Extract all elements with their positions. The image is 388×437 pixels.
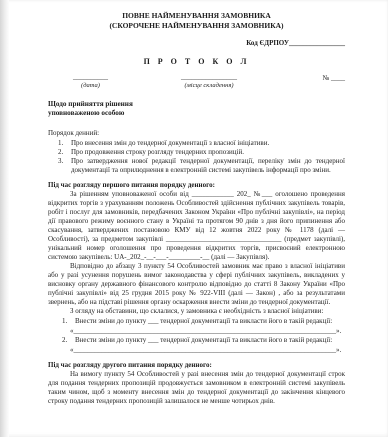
agenda-title: Порядок денний: (48, 129, 345, 138)
document-page: ПОВНЕ НАЙМЕНУВАННЯ ЗАМОВНИКА (СКОРОЧЕНЕ … (0, 0, 388, 437)
agenda-item-number: 3. (58, 157, 71, 175)
date-caption: (дата) (48, 82, 133, 90)
decision-quote-blank: «_______________________________________… (62, 345, 345, 355)
place-blank-line: ________________ (149, 73, 269, 82)
agenda-item-number: 2. (58, 148, 71, 157)
decision-item: 1. Внести зміни до пункту ___ тендерної … (62, 317, 345, 326)
question-2-paragraph-1: На вимогу пункту 54 Особливостей у разі … (48, 370, 345, 406)
date-field: __________ (дата) (48, 73, 133, 90)
agenda-item: 3. Про затвердження нової редакції тенде… (58, 157, 345, 175)
customer-full-name-heading: ПОВНЕ НАЙМЕНУВАННЯ ЗАМОВНИКА (48, 11, 345, 21)
decision-quote-blank: «_______________________________________… (62, 326, 345, 336)
subject-line-2: уповноваженою особою (48, 109, 345, 118)
question-1-paragraph-2: Відповідно до абзацу 3 пункту 54 Особлив… (48, 262, 345, 307)
agenda-item-text: Про внесення змін до тендерної документа… (71, 139, 345, 148)
page-edge-shadow (0, 0, 9, 437)
edrpou-code-field: Код ЄДРПОУ________________ (48, 39, 345, 48)
date-blank-line: __________ (48, 73, 133, 82)
subject-line-1: Щодо прийняття рішення (48, 100, 345, 109)
agenda-item: 2. Про продовження строку розгляду тенде… (58, 148, 345, 157)
decision-item-text: Внести зміни до пункту ___ тендерної док… (75, 336, 345, 345)
decision-item-number: 1. (62, 317, 75, 326)
protocol-meta-row: __________ (дата) ________________ (місц… (48, 73, 345, 90)
decision-list: 1. Внести зміни до пункту ___ тендерної … (48, 317, 345, 355)
agenda-item-number: 1. (58, 139, 71, 148)
customer-short-name-heading: (СКОРОЧЕНЕ НАЙМЕНУВАННЯ ЗАМОВНИКА) (48, 21, 345, 31)
agenda-item: 1. Про внесення змін до тендерної докуме… (58, 139, 345, 148)
place-caption: (місце складення) (149, 82, 269, 90)
question-1-heading: Під час розгляду першого питання порядку… (48, 181, 345, 190)
agenda-item-text: Про продовження строку розгляду тендерни… (71, 148, 345, 157)
place-field: ________________ (місце складення) (149, 73, 269, 90)
protocol-number-field: № ____ (285, 73, 345, 90)
question-1-paragraph-1: За рішенням уповноваженої особи від ____… (48, 190, 345, 262)
agenda-list: 1. Про внесення змін до тендерної докуме… (48, 139, 345, 175)
question-2-heading: Під час розгляду другого питання порядку… (48, 361, 345, 370)
protocol-title: П Р О Т О К О Л (48, 57, 345, 67)
question-1-paragraph-3: З огляду на обставини, що склалися, у за… (48, 307, 345, 316)
subject-block: Щодо прийняття рішення уповноваженою осо… (48, 100, 345, 118)
agenda-item-text: Про затвердження нової редакції тендерно… (71, 157, 345, 175)
decision-item-text: Внести зміни до пункту ___ тендерної док… (75, 317, 345, 326)
decision-item-number: 2. (62, 336, 75, 345)
decision-item: 2. Внести зміни до пункту ___ тендерної … (62, 336, 345, 345)
